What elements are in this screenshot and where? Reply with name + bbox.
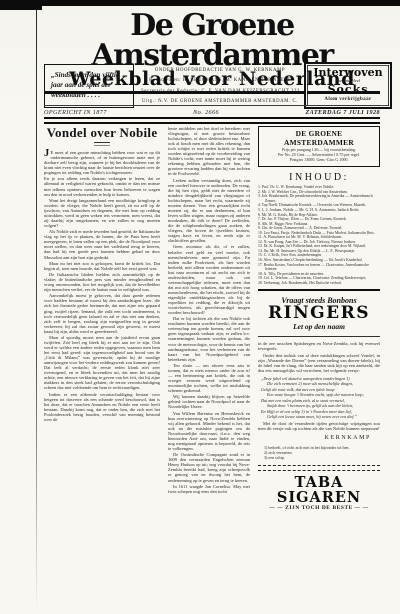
issue-number: No. 2666 (193, 109, 219, 116)
inhoud-item: 17. Bertha Koster, Van boeken en boeren … (258, 263, 380, 272)
article-paragraph: Als Nobile zich er mede tevreden had ges… (44, 229, 160, 259)
editorial-line: Redacteuren: H. BRUGMANS, M. KANN EN TOP… (141, 76, 299, 86)
decorative-rule (258, 465, 380, 471)
info-box-lines: Prijs per jaargang f 26.— bij vooruitbet… (263, 147, 375, 162)
interwoven-socks-ad: Interwoven Toe and Heel Socks Alom verkr… (304, 62, 392, 109)
article-paragraph: Maar nu het niet zoo is geloopen, komt d… (44, 261, 160, 271)
ringers-ad-bottom: Let op den naam (258, 322, 380, 331)
article-paragraph: Dat er bij tochten als die van Nobile oo… (168, 316, 250, 361)
inhoud-item: 16. Alex. Amsterdam's Chopin-herdenking … (258, 258, 380, 263)
top-black-bar (0, 0, 400, 6)
dateline: OPGERICHT IN 1877 No. 2666 ZATERDAG 7 JU… (44, 105, 380, 116)
ad-availability: Alom verkrijgbaar (306, 95, 390, 104)
column-3: DE GROENE AMSTERDAMMER Prijs per jaargan… (258, 126, 380, 512)
article-paragraph: In 1611 waagde Jan Cornelisz. May met tw… (168, 484, 250, 494)
article-paragraph: Aanvankelijk moest je gelooven, dat daar… (44, 293, 160, 333)
vondel-poem: „Deze fabel wil datzelve aanspreken zond… (261, 376, 380, 420)
article-paragraph: De Italiaansche bladen hielden zich aanv… (44, 272, 160, 292)
top-black-bar-corner (0, 0, 42, 10)
article-paragraph: Onder den indruk van al deze mislukkinge… (258, 353, 380, 373)
ringers-brand: RINGERS (258, 305, 380, 322)
subscription-info-box: DE GROENE AMSTERDAMMER Prijs per jaargan… (258, 126, 380, 167)
issue-date: ZATERDAG 7 JULI 1928 (305, 109, 380, 116)
inhoud-heading: INHOUD: (258, 172, 380, 183)
thin-rule (258, 336, 380, 337)
inhoud-item: 20. Teekening: Joh. Braakensiek, Het Dui… (258, 281, 380, 286)
article-paragraph: Ten slotte — om alweer eens aan te toone… (168, 363, 250, 393)
article-paragraph: De Oostindische Compagnie zond er in 160… (168, 452, 250, 482)
article-paragraph: Van Willem Barentsz en Heemskerck en hun… (168, 411, 250, 451)
article-paragraph: Geen avontuur als dit, of er zullen, beh… (168, 244, 250, 315)
taba-slogan: — — ZIJN TOCH DE BESTE — — (258, 505, 380, 512)
column-1: Vondel over Nobile JE moet al een groote… (44, 126, 160, 512)
article-paragraph: Indien er een afdoende verontschuldiging… (44, 392, 160, 422)
footnote: 3) een schip. (264, 455, 380, 460)
paragraph-text: E moet al een groote minachting hebben v… (44, 150, 160, 175)
editorial-line: Secretaris der Redactie: C. F. VAN DAM K… (141, 87, 299, 97)
inhoud-list: 1. Prof. Dr. G. W. Kernkamp, Vondel over… (258, 185, 380, 285)
article-paragraph: Maar al spoedig moest men aan de juisthe… (44, 335, 160, 391)
taba-brand: TABA SIGAREN (258, 475, 380, 505)
double-rule (44, 117, 380, 124)
poem-line: Gelijk een leeuw staan moet, bij raven z… (261, 414, 380, 419)
editorial-line: ONDER HOOFDREDACTIE VAN G. W. KERNKAMP (141, 66, 299, 76)
article-paragraph: En je zou alleen reeds daarom verlangen … (44, 176, 160, 196)
article-paragraph: Want het dreigt langzamerhand een noodlo… (44, 198, 160, 228)
article-columns: Vondel over Nobile JE moet al een groote… (44, 126, 380, 512)
column-2: beste middelen om het doel te bereiken: … (168, 126, 250, 512)
column-3-paragraphs: in de zee tusschen Spitsbergen en Nova-Z… (258, 341, 380, 372)
newspaper-page: De Groene Amsterdammer Weekblad voor Ned… (0, 0, 400, 614)
page-edge-line (36, 10, 37, 614)
editorial-block: ONDER HOOFDREDACTIE VAN G. W. KERNKAMPRe… (141, 66, 299, 108)
column-1-paragraphs: En je zou alleen reeds daarom verlangen … (44, 176, 160, 422)
ringers-ad: Vraagt steeds Bonbons RINGERS Let op den… (258, 291, 380, 333)
info-line: Postgiro 13000, Gem.-Giro G 1000. (263, 157, 375, 162)
ad-brand-interwoven: Interwoven (306, 67, 390, 78)
article-title: Vondel over Nobile (44, 126, 160, 140)
taba-sigaren-ad: TABA SIGAREN — — ZIJN TOCH DE BESTE — — (258, 475, 380, 512)
poem-line: Een vaste hoogte 't Noorden zocht, spijt… (261, 392, 380, 397)
author-signature: KERNKAMP (258, 435, 371, 441)
slogan-box: „Sinds meer dan vijftig jaar aan de spit… (44, 64, 134, 108)
article-paragraph: in de zee tusschen Spitsbergen en Nova-Z… (258, 341, 380, 351)
title-ornament (94, 142, 110, 146)
footnotes: 1) bedoelt, of richt zich niet in het bi… (258, 445, 380, 461)
article-paragraph: JE moet al een groote minachting hebben … (44, 150, 160, 175)
article-paragraph: Wij kunnen daarbij blijven op hetzelfde … (168, 394, 250, 409)
article-paragraph: beste middelen om het doel te bereiken: … (168, 126, 250, 176)
info-box-title: DE GROENE AMSTERDAMMER (263, 130, 375, 147)
ad-product-socks: Socks (306, 84, 390, 95)
founded-text: OPGERICHT IN 1877 (44, 109, 107, 116)
inhoud-item: 3. Joh. Braakensiek, De presidentsverkie… (258, 194, 380, 203)
closing-paragraph: Met de door de veranderde tijden gewicht… (258, 421, 380, 431)
article-paragraph: Leeken zullen verstandig doen, zich van … (168, 178, 250, 244)
